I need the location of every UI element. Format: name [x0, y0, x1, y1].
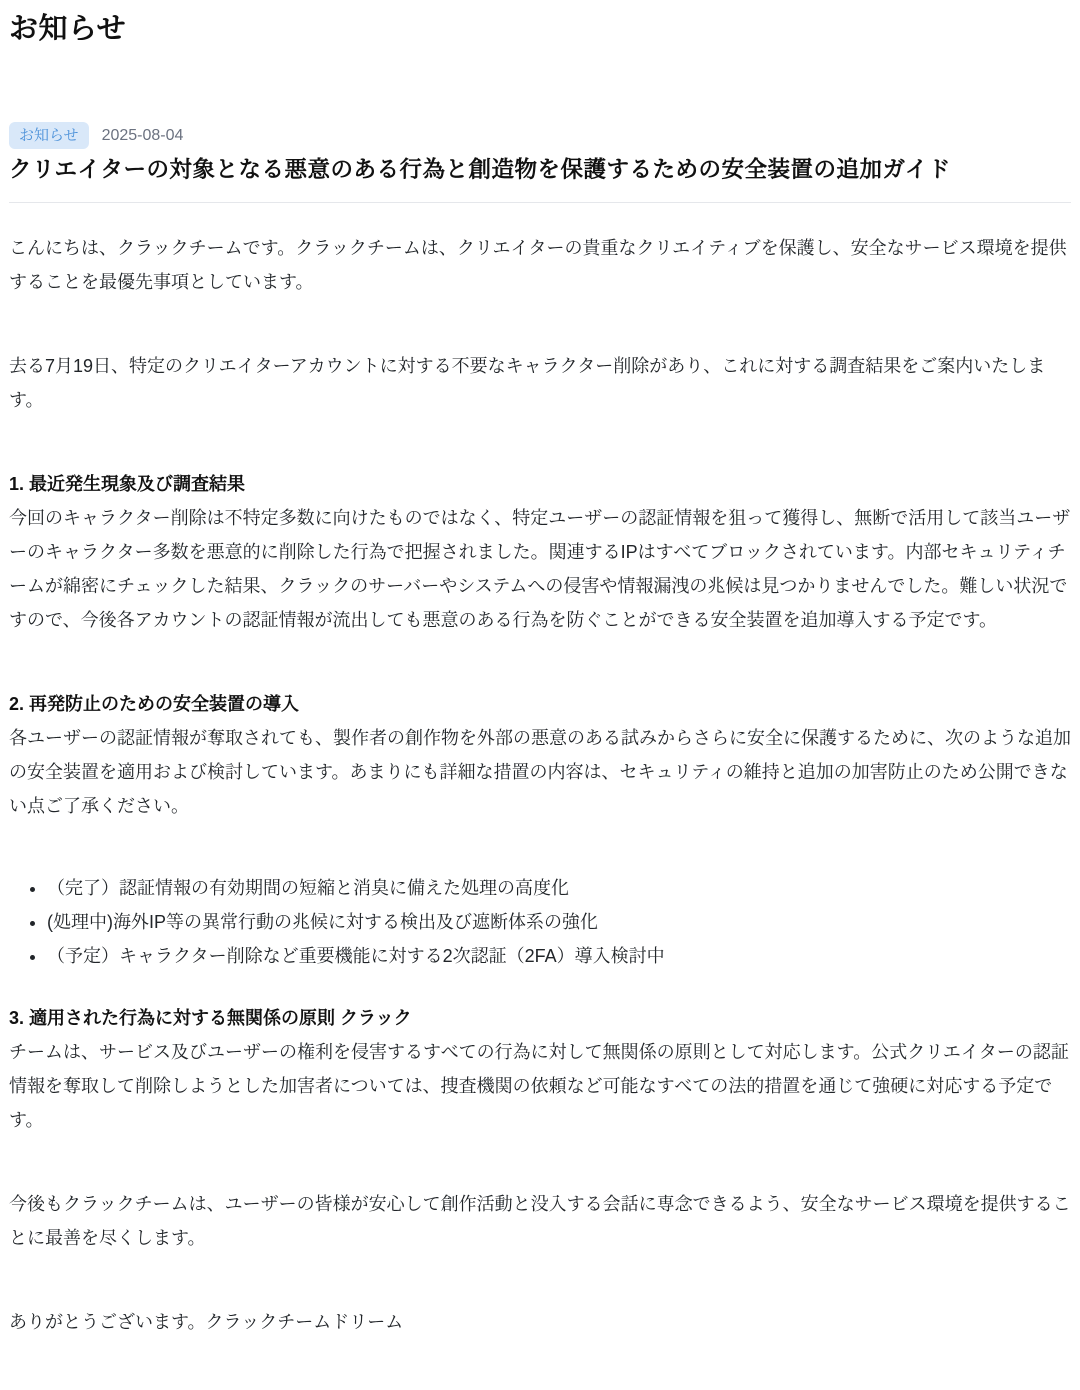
intro-paragraph-2: 去る7月19日、特定のクリエイターアカウントに対する不要なキャラクター削除があり… — [9, 349, 1071, 417]
notice-article: お知らせ 2025-08-04 クリエイターの対象となる悪意のある行為と創造物を… — [9, 122, 1071, 1339]
section-prevention-heading: 2. 再発防止のための安全装置の導入 — [9, 687, 1071, 721]
intro-paragraph-1: こんにちは、クラックチームです。クラックチームは、クリエイターの貴重なクリエイテ… — [9, 231, 1071, 299]
closing-paragraph: 今後もクラックチームは、ユーザーの皆様が安心して創作活動と没入する会話に専念でき… — [9, 1187, 1071, 1255]
safety-measure-item: （完了）認証情報の有効期間の短縮と消臭に備えた処理の高度化 — [47, 871, 1071, 905]
section-principle-heading: 3. 適用された行為に対する無関係の原則 クラック — [9, 1001, 1071, 1035]
section-investigation-heading: 1. 最近発生現象及び調査結果 — [9, 467, 1071, 501]
section-investigation: 1. 最近発生現象及び調査結果 今回のキャラクター削除は不特定多数に向けたもので… — [9, 467, 1071, 637]
section-prevention: 2. 再発防止のための安全装置の導入 各ユーザーの認証情報が奪取されても、製作者… — [9, 687, 1071, 823]
divider — [9, 202, 1071, 203]
section-principle: 3. 適用された行為に対する無関係の原則 クラック チームは、サービス及びユーザ… — [9, 1001, 1071, 1137]
category-badge: お知らせ — [9, 122, 89, 149]
article-meta: お知らせ 2025-08-04 — [9, 122, 1071, 149]
section-investigation-body: 今回のキャラクター削除は不特定多数に向けたものではなく、特定ユーザーの認証情報を… — [9, 501, 1071, 637]
signature-line: ありがとうございます。クラックチームドリーム — [9, 1305, 1071, 1339]
article-date: 2025-08-04 — [102, 127, 184, 145]
safety-measure-item: （予定）キャラクター削除など重要機能に対する2次認証（2FA）導入検討中 — [47, 939, 1071, 973]
section-principle-body: チームは、サービス及びユーザーの権利を侵害するすべての行為に対して無関係の原則と… — [9, 1035, 1071, 1137]
safety-measures-list: （完了）認証情報の有効期間の短縮と消臭に備えた処理の高度化(処理中)海外IP等の… — [9, 871, 1071, 973]
safety-measure-item: (処理中)海外IP等の異常行動の兆候に対する検出及び遮断体系の強化 — [47, 905, 1071, 939]
article-title: クリエイターの対象となる悪意のある行為と創造物を保護するための安全装置の追加ガイ… — [9, 154, 1071, 185]
page-title: お知らせ — [9, 10, 1071, 48]
notice-page: お知らせ お知らせ 2025-08-04 クリエイターの対象となる悪意のある行為… — [0, 0, 1080, 1359]
section-prevention-body: 各ユーザーの認証情報が奪取されても、製作者の創作物を外部の悪意のある試みからさら… — [9, 721, 1071, 823]
